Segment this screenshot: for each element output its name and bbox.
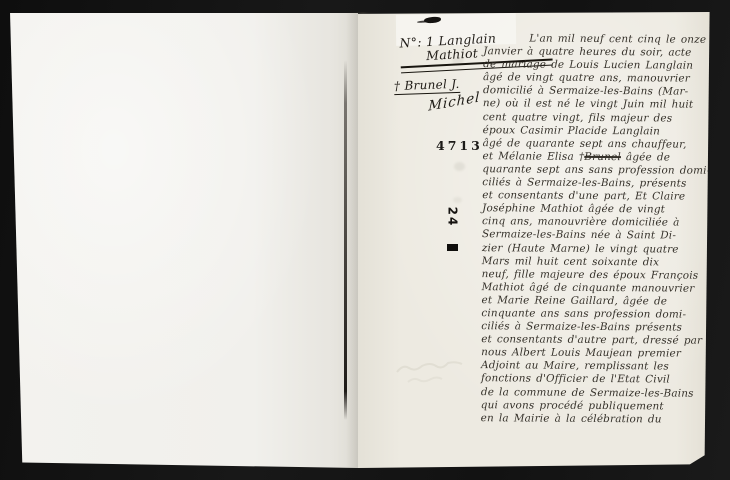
act-line-19: neuf, fille majeure des époux François [482,268,716,283]
act-line-29: qui avons procédé publiquement [481,399,715,414]
act-line-7: cent quatre vingt, fils majeur des [483,111,717,126]
act-line-18: Mars mil huit cent soixante dix [482,255,716,270]
act-line-28: de la commune de Sermaize-les-Bains [481,386,715,401]
act-line-text: âgée de [621,151,670,163]
act-line-17: zier (Haute Marne) le vingt quatre [482,242,716,257]
page-edge-shadow [344,60,347,420]
side-page-number-stamp: 24 [445,207,459,228]
act-text-lines: L'an mil neuf cent cinq le onzeJanvier à… [481,32,718,426]
scanned-register-spread: N°: 1 Langlain Mathiot † Brunel J. Miche… [0,0,730,480]
act-line-6: ne) où il est né le vingt Juin mil huit [483,98,717,113]
paper-smudge [454,162,465,171]
act-line-8: époux Casimir Placide Langlain [483,124,717,139]
act-line-16: Sermaize-les-Bains née à Saint Di- [482,229,716,244]
act-line-text: et Mélanie Elisa † [482,150,584,163]
margin-correction-note: † Brunel J. [394,77,460,93]
correction-text: † Brunel J. [394,77,460,95]
struck-surname: Brunel [584,151,621,163]
faint-pencil-scribble [394,356,466,390]
black-square-stamp [447,244,458,251]
act-line-27: fonctions d'Officier de l'Etat Civil [481,373,715,388]
act-line-30: en la Mairie à la célébration du [481,412,715,427]
paper-smudge [453,197,462,203]
archive-number-stamp: 4713 [436,138,483,153]
right-manuscript-page: N°: 1 Langlain Mathiot † Brunel J. Miche… [358,12,711,468]
left-blank-page [9,13,358,468]
